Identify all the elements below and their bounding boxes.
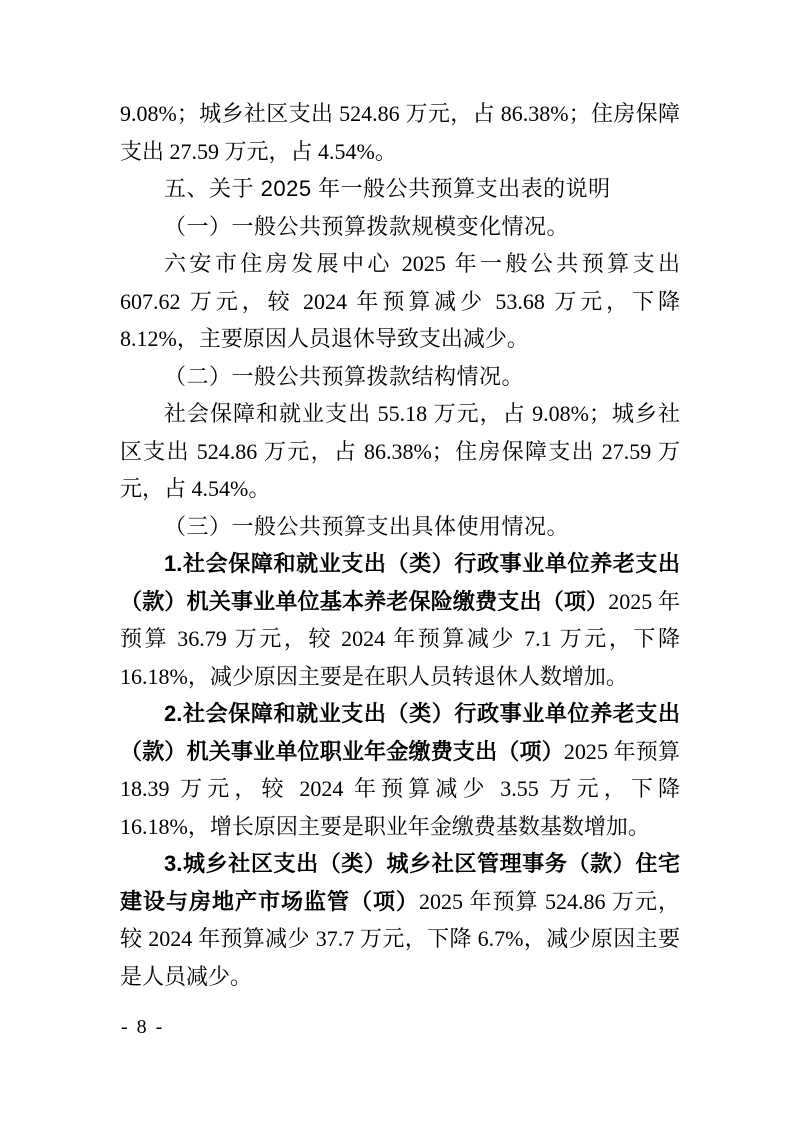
subsection-2-heading: （二）一般公共预算拨款结构情况。 bbox=[120, 358, 680, 396]
budget-item-1-lead: 1.社会保障和就业支出（类）行政事业单位养老支出（款）机关事业单位基本养老保险缴… bbox=[120, 551, 680, 614]
document-page: 9.08%；城乡社区支出 524.86 万元，占 86.38%；住房保障支出 2… bbox=[0, 0, 793, 1122]
budget-item-3: 3.城乡社区支出（类）城乡社区管理事务（款）住宅建设与房地产市场监管（项）202… bbox=[120, 845, 680, 995]
subsection-1-paragraph: 六安市住房发展中心 2025 年一般公共预算支出 607.62 万元，较 202… bbox=[120, 245, 680, 358]
budget-item-1: 1.社会保障和就业支出（类）行政事业单位养老支出（款）机关事业单位基本养老保险缴… bbox=[120, 545, 680, 695]
subsection-3-heading: （三）一般公共预算支出具体使用情况。 bbox=[120, 508, 680, 546]
budget-item-2: 2.社会保障和就业支出（类）行政事业单位养老支出（款）机关事业单位职业年金缴费支… bbox=[120, 695, 680, 845]
subsection-1-heading: （一）一般公共预算拨款规模变化情况。 bbox=[120, 208, 680, 246]
document-body: 9.08%；城乡社区支出 524.86 万元，占 86.38%；住房保障支出 2… bbox=[120, 95, 680, 995]
paragraph-continuation: 9.08%；城乡社区支出 524.86 万元，占 86.38%；住房保障支出 2… bbox=[120, 95, 680, 170]
page-number: - 8 - bbox=[121, 1016, 164, 1038]
subsection-2-paragraph: 社会保障和就业支出 55.18 万元，占 9.08%；城乡社区支出 524.86… bbox=[120, 395, 680, 508]
section-5-heading: 五、关于 2025 年一般公共预算支出表的说明 bbox=[120, 170, 680, 208]
